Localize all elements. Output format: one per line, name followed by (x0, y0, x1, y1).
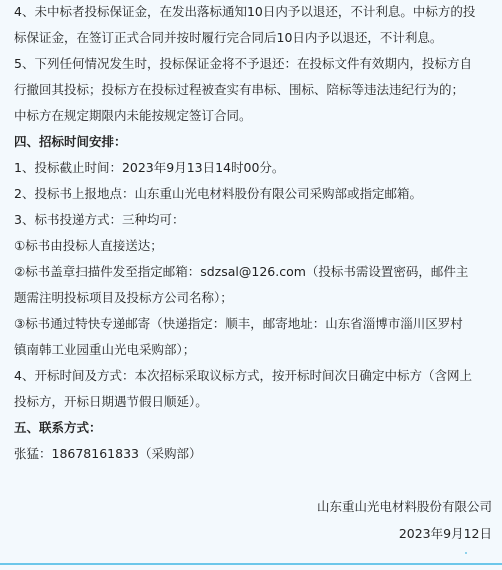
paragraph-line: ①标书由投标人直接送达； (14, 238, 163, 254)
signature-company: 山东重山光电材料股份有限公司 (317, 497, 492, 515)
section-heading-schedule: 四、招标时间安排： (14, 134, 127, 150)
paragraph-line: 5、下列任何情况发生时，投标保证金将不予退还：在投标文件有效期内，投标方自 (14, 56, 472, 72)
paragraph-line: 1、投标截止时间：2023年9月13日14时00分。 (14, 160, 284, 176)
paragraph-line: 投标方，开标日期遇节假日顺延）。 (14, 394, 208, 410)
paragraph-line: 中标方在规定期限内未能按规定签订合同。 (14, 108, 252, 124)
paragraph-line: 题需注明投标项目及投标方公司名称）； (14, 290, 233, 306)
decorative-dot (465, 552, 467, 554)
paragraph-line: 2、投标书上报地点：山东重山光电材料股份有限公司采购部或指定邮箱。 (14, 186, 422, 202)
contact-line: 张猛：18678161833（采购部） (14, 446, 201, 462)
paragraph-line: 4、未中标者投标保证金，在发出落标通知10日内予以退还，不计利息。中标方的投 (14, 4, 475, 20)
section-heading-contact: 五、联系方式： (14, 420, 102, 436)
paragraph-line: 4、开标时间及方式：本次招标采取议标方式，按开标时间次日确定中标方（含网上 (14, 368, 472, 384)
paragraph-line: 3、标书投递方式：三种均可： (14, 212, 184, 228)
paragraph-line: ③标书通过特快专递邮寄（快递指定：顺丰，邮寄地址：山东省淄博市淄川区罗村 (14, 316, 463, 332)
paragraph-line: ②标书盖章扫描件发至指定邮箱：sdzsal@126.com（投标书需设置密码，邮… (14, 264, 468, 280)
paragraph-line: 标保证金，在签订正式合同并按时履行完合同后10日内予以退还，不计利息。 (14, 30, 442, 46)
paragraph-line: 行撤回其投标；投标方在投标过程被查实有串标、围标、陪标等违法违纪行为的； (14, 82, 464, 98)
signature-date: 2023年9月12日 (399, 524, 492, 542)
paragraph-line: 镇南韩工业园重山光电采购部）； (14, 342, 195, 358)
bottom-divider (0, 563, 502, 565)
